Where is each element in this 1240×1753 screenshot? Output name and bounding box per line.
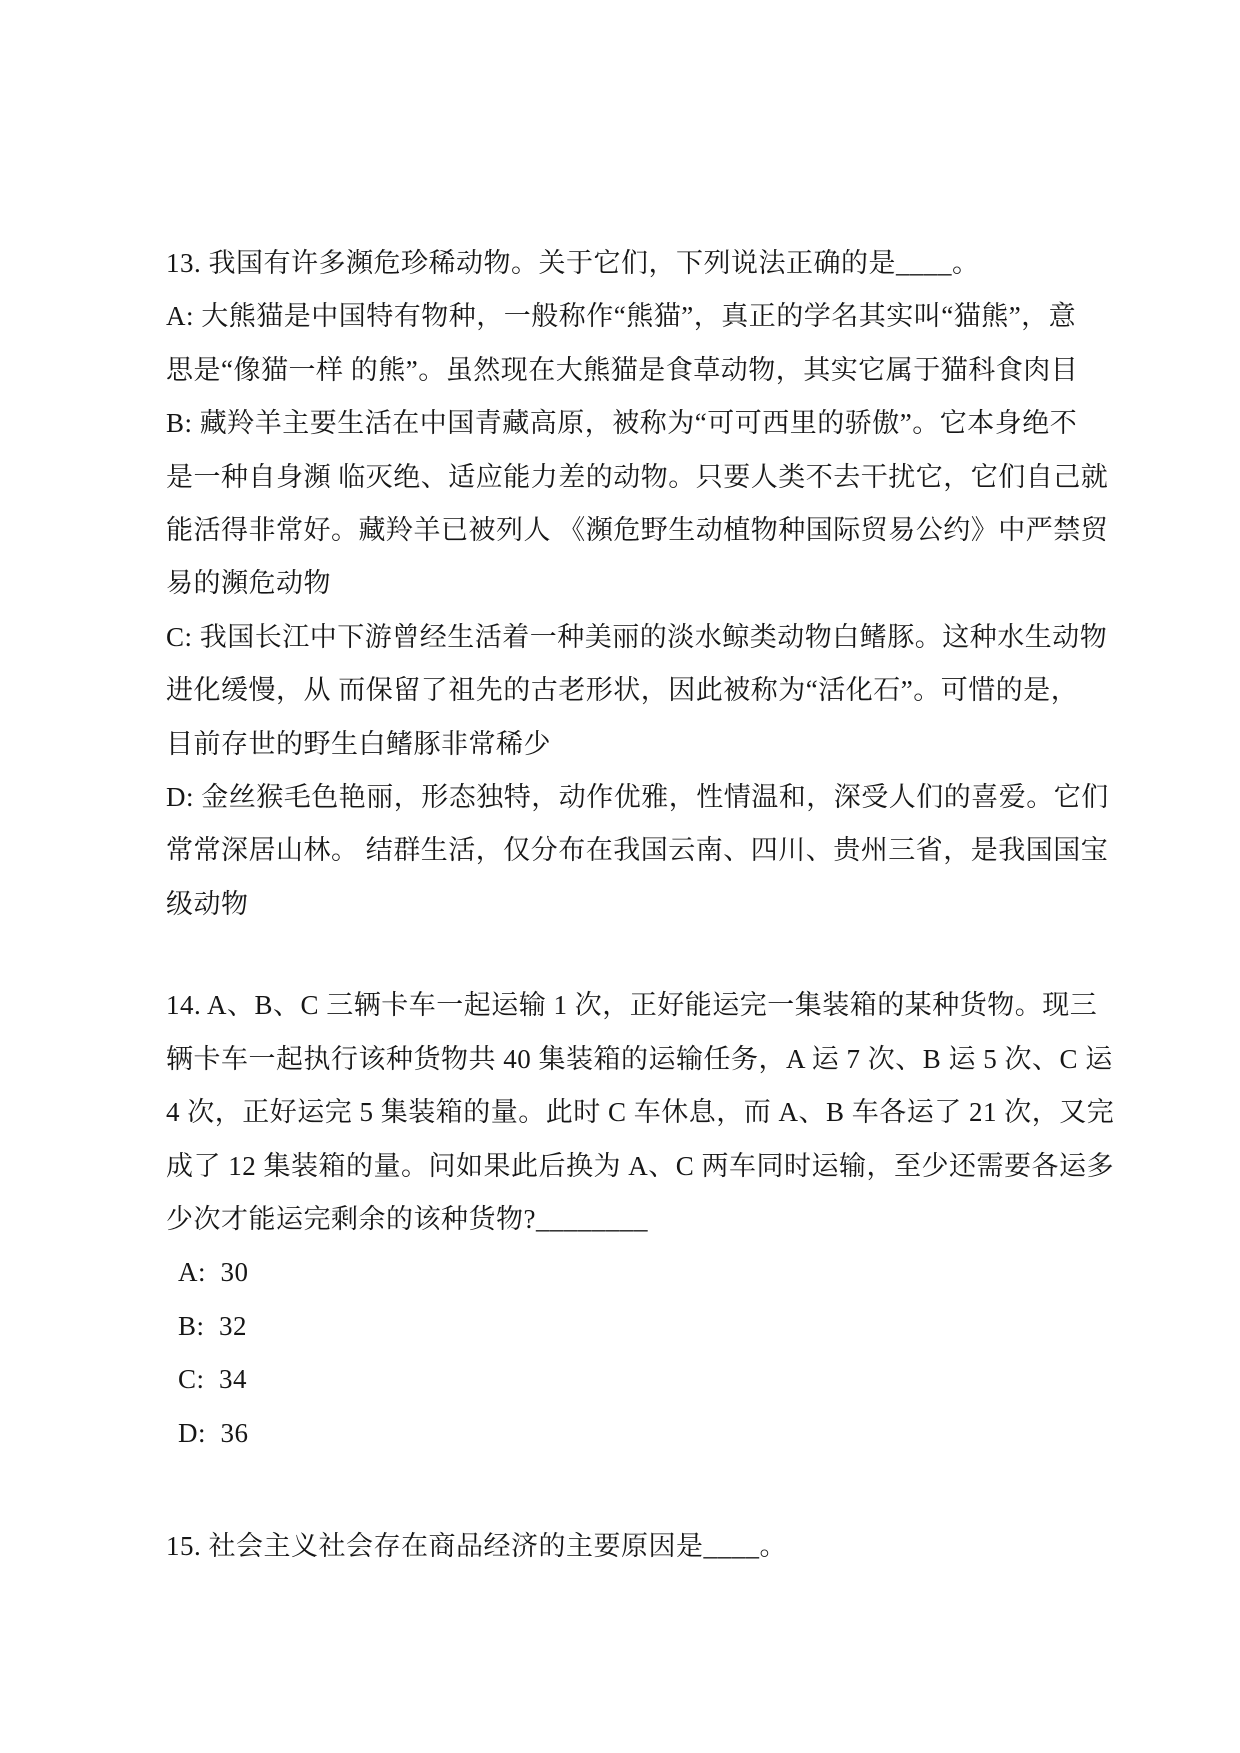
question-14-stem-line-2: 辆卡车一起执行该种货物共 40 集装箱的运输任务，A 运 7 次、B 运 5 次…: [166, 1033, 1082, 1086]
question-13-option-a-line-1: A: 大熊猫是中国特有物种，一般称作“熊猫”，真正的学名其实叫“猫熊”，意: [166, 290, 1082, 343]
question-13-option-a-line-2: 思是“像猫一样 的熊”。虽然现在大熊猫是食草动物，其实它属于猫科食肉目: [166, 344, 1082, 397]
question-14-option-c: C: 34: [166, 1353, 1082, 1406]
question-13-block: 13. 我国有许多瀕危珍稀动物。关于它们，下列说法正确的是____。 A: 大熊…: [166, 237, 1082, 931]
question-13-option-c-line-2: 进化缓慢，从 而保留了祖先的古老形状，因此被称为“活化石”。可惜的是，: [166, 664, 1082, 717]
document-page: 13. 我国有许多瀕危珍稀动物。关于它们，下列说法正确的是____。 A: 大熊…: [0, 0, 1240, 1753]
question-13-stem: 13. 我国有许多瀕危珍稀动物。关于它们，下列说法正确的是____。: [166, 237, 1082, 290]
question-14-stem-line-3: 4 次，正好运完 5 集装箱的量。此时 C 车休息，而 A、B 车各运了 21 …: [166, 1086, 1082, 1139]
question-13-option-d-line-2: 常常深居山林。 结群生活，仅分布在我国云南、四川、贵州三省，是我国国宝: [166, 824, 1082, 877]
question-13-option-b-line-3: 能活得非常好。藏羚羊已被列人 《瀕危野生动植物种国际贸易公约》中严禁贸: [166, 504, 1082, 557]
question-13-option-b-line-4: 易的瀕危动物: [166, 557, 1082, 610]
question-15-stem: 15. 社会主义社会存在商品经济的主要原因是____。: [166, 1520, 1082, 1573]
document-body: 13. 我国有许多瀕危珍稀动物。关于它们，下列说法正确的是____。 A: 大熊…: [166, 237, 1082, 1573]
question-14-stem-line-1: 14. A、B、C 三辆卡车一起运输 1 次，正好能运完一集装箱的某种货物。现三: [166, 979, 1082, 1032]
question-14-option-a: A: 30: [166, 1246, 1082, 1299]
question-13-option-b-line-2: 是一种自身瀕 临灭绝、适应能力差的动物。只要人类不去干扰它，它们自己就: [166, 451, 1082, 504]
question-14-option-d: D: 36: [166, 1407, 1082, 1460]
question-13-option-b-line-1: B: 藏羚羊主要生活在中国青藏高原，被称为“可可西里的骄傲”。它本身绝不: [166, 397, 1082, 450]
question-14-option-b: B: 32: [166, 1300, 1082, 1353]
question-14-block: 14. A、B、C 三辆卡车一起运输 1 次，正好能运完一集装箱的某种货物。现三…: [166, 979, 1082, 1460]
question-14-stem-line-4: 成了 12 集装箱的量。问如果此后换为 A、C 两车同时运输，至少还需要各运多: [166, 1140, 1082, 1193]
question-14-stem-line-5: 少次才能运完剩余的该种货物?________: [166, 1193, 1082, 1246]
question-13-option-d-line-3: 级动物: [166, 878, 1082, 931]
question-15-block: 15. 社会主义社会存在商品经济的主要原因是____。: [166, 1520, 1082, 1573]
question-13-option-d-line-1: D: 金丝猴毛色艳丽，形态独特，动作优雅，性情温和，深受人们的喜爱。它们: [166, 771, 1082, 824]
question-13-option-c-line-1: C: 我国长江中下游曾经生活着一种美丽的淡水鲸类动物白鳍豚。这种水生动物: [166, 611, 1082, 664]
question-13-option-c-line-3: 目前存世的野生白鳍豚非常稀少: [166, 718, 1082, 771]
